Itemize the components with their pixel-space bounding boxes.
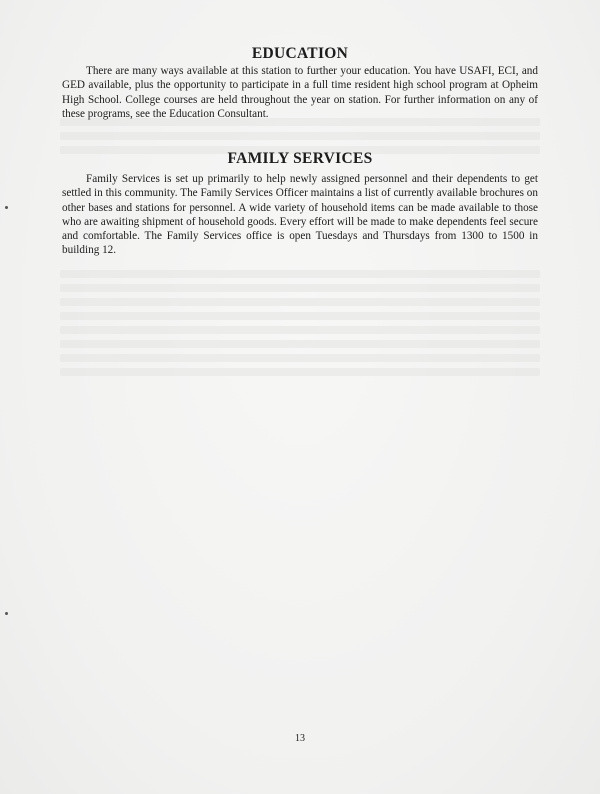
section-body-education: There are many ways available at this st…: [62, 64, 538, 121]
section-heading-family-services: FAMILY SERVICES: [0, 150, 600, 168]
scan-speck: [5, 612, 8, 615]
bleed-through: [60, 284, 540, 292]
bleed-through: [60, 270, 540, 278]
scan-speck: [5, 206, 8, 209]
bleed-through: [60, 298, 540, 306]
bleed-through: [60, 340, 540, 348]
section-heading-education: EDUCATION: [0, 45, 600, 63]
bleed-through: [60, 312, 540, 320]
bleed-through: [60, 132, 540, 140]
bleed-through: [60, 326, 540, 334]
section-body-family-services: Family Services is set up primarily to h…: [62, 172, 538, 257]
bleed-through: [60, 354, 540, 362]
document-page: EDUCATION There are many ways available …: [0, 0, 600, 794]
bleed-through: [60, 368, 540, 376]
page-number: 13: [0, 733, 600, 744]
